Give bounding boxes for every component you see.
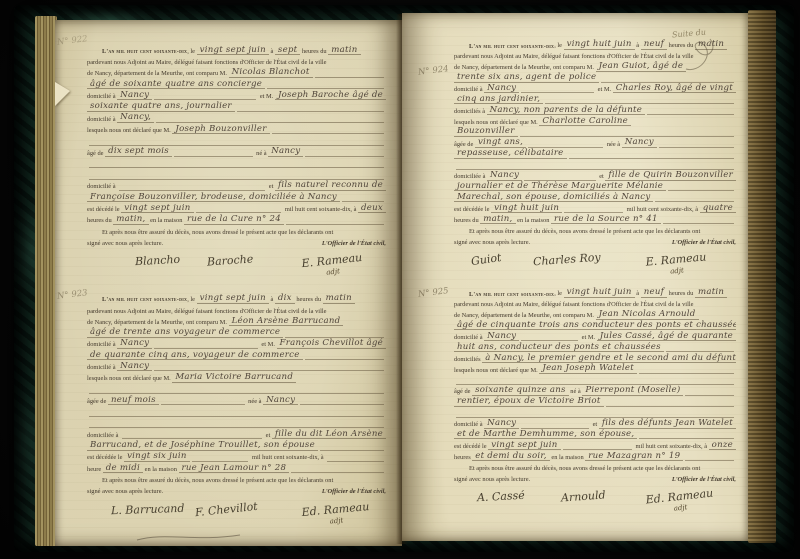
record-line: trente six ans, agent de police: [454, 72, 736, 83]
printed-text: Et après nous être assuré du décès, nous…: [469, 229, 700, 235]
printed-text: est décédé le: [454, 444, 488, 450]
record-line: [87, 157, 386, 168]
printed-text: âgée de: [454, 142, 475, 148]
ruled-blank: [192, 460, 249, 462]
record-line: journalier et de Thérèse Marguerite Méla…: [454, 181, 736, 192]
handwritten-entry: Nancy: [622, 138, 657, 148]
record-line: [454, 159, 736, 170]
printed-text: L'an mil huit cent soixante-dix: [469, 44, 554, 50]
signature-qualifier: adjt: [646, 500, 714, 515]
printed-text: pardevant nous Adjoint au Maire, délégué…: [454, 302, 693, 308]
record-line: signé avec nous après lecture.L'Officier…: [87, 236, 386, 247]
printed-text: en la maison: [516, 218, 552, 224]
printed-text: domicilié à: [454, 422, 484, 428]
record-line: domicilié à et fils naturel reconnu de: [87, 180, 386, 191]
handwritten-entry: de midi: [103, 464, 143, 474]
handwritten-entry: Nancy: [117, 339, 152, 349]
ruled-blank: [291, 471, 384, 473]
printed-text: en la maison: [149, 218, 185, 224]
handwritten-entry: cinq ans jardinier,: [454, 95, 543, 105]
printed-text: et M.: [580, 335, 597, 341]
handwritten-entry: Pierrepont (Moselle): [582, 386, 683, 396]
page-fold-mark: [55, 82, 70, 106]
printed-text: lesquels nous ont déclaré que M.: [454, 120, 539, 126]
ruled-blank: [659, 146, 734, 148]
record-line: [87, 405, 386, 416]
signature-qualifier: adjt: [646, 264, 707, 277]
printed-text: , le: [554, 291, 563, 297]
printed-text: mil huit cent soixante-dix, à: [250, 455, 325, 461]
record-line: lesquels nous ont déclaré que M. Maria V…: [87, 371, 386, 382]
record-line: âgé de cinquante trois ans conducteur de…: [454, 320, 736, 331]
ruled-blank: [89, 166, 384, 168]
printed-text: de Nancy, département de la Meurthe, ont…: [454, 313, 596, 319]
record-line: de Nancy, département de la Meurthe, ont…: [454, 61, 736, 72]
printed-text: heures du: [667, 291, 695, 297]
record-line: heure de midi en la maison rue Jean Lamo…: [87, 462, 386, 473]
handwritten-entry: Nancy: [117, 91, 152, 101]
record-line: de quarante cinq ans, voyageur de commer…: [87, 349, 386, 360]
handwritten-entry: Nicolas Blanchot: [229, 68, 313, 78]
handwritten-entry: Nancy: [487, 171, 522, 181]
handwritten-entry: et demi du soir,: [472, 452, 549, 462]
printed-text: et M.: [258, 94, 275, 100]
printed-text: et M.: [596, 87, 613, 93]
handwritten-entry: vingt ans,: [475, 138, 526, 148]
ruled-blank: [89, 144, 384, 146]
death-record-act: N° 924L'an mil huit cent soixante-dix, l…: [454, 39, 736, 279]
record-line: lesquels nous ont déclaré que M. Jean Jo…: [454, 363, 736, 374]
ruled-blank: [237, 110, 384, 112]
record-line: est décédée le vingt huit juin mil huit …: [454, 202, 736, 213]
record-line: repasseuse, célibataire: [454, 148, 736, 159]
handwritten-entry: Jules Cassé, âgé de quarante: [597, 332, 736, 342]
record-line: huit ans, conducteur des ponts et chauss…: [454, 341, 736, 352]
handwritten-entry: Nancy, non parents de la défunte: [487, 106, 645, 116]
printed-text: , le: [187, 49, 196, 55]
handwritten-entry: Jean Guiot, âgé de: [596, 62, 687, 72]
ruled-blank: [267, 87, 384, 89]
handwritten-entry: rentier, époux de Victoire Briot: [454, 397, 604, 407]
printed-text: domicilié à: [87, 117, 117, 123]
printed-text: heures du: [87, 218, 113, 224]
printed-text: est décédée le: [87, 455, 124, 461]
ink-flourish: [135, 530, 245, 544]
record-line: domicilié à Nancy et M. François Chevill…: [87, 338, 386, 349]
handwritten-entry: Maria Victoire Barrucand: [172, 373, 296, 383]
handwritten-entry: Nancy: [268, 147, 303, 157]
handwritten-entry: François Chevillot âgé: [277, 339, 386, 349]
handwritten-entry: matin: [695, 40, 727, 50]
ruled-blank: [305, 155, 384, 157]
signatures-row: A. CasséArnouldEd. Rameauadjt: [454, 483, 736, 516]
ruled-blank: [300, 403, 384, 405]
printed-text: Et après nous être assuré du décès, nous…: [102, 230, 333, 236]
printed-text: de Nancy, département de la Meurthe, ont…: [454, 65, 596, 71]
record-line: Et après nous être assuré du décès, nous…: [87, 225, 386, 236]
handwritten-entry: fils des défunts Jean Watelet: [599, 419, 736, 429]
record-line: domicilié à Nancy et M. Joseph Baroche â…: [87, 89, 386, 100]
handwritten-entry: Léon Arsène Barrucand: [229, 317, 344, 327]
handwritten-entry: soixante quatre ans, journalier: [87, 102, 235, 112]
handwritten-entry: sept: [275, 46, 300, 56]
printed-text: heure: [87, 467, 103, 473]
handwritten-entry: Jean Nicolas Arnould: [596, 310, 699, 320]
handwritten-entry: fille du dit Léon Arsène: [272, 430, 386, 440]
record-line: rentier, époux de Victoire Briot: [454, 396, 736, 407]
handwritten-entry: Nancy,: [117, 113, 154, 123]
record-line: soixante quatre ans, journalier: [87, 100, 386, 111]
printed-text: est décédé le: [87, 207, 121, 213]
handwritten-entry: à Nancy, le premier gendre et le second …: [482, 354, 736, 364]
printed-text: pardevant nous Adjoint au Maire, délégué…: [87, 309, 326, 315]
record-line: lesquels nous ont déclaré que M. Joseph …: [87, 123, 386, 134]
record-line: est décédée le vingt six juin mil huit c…: [87, 451, 386, 462]
printed-text: heures du: [300, 49, 328, 55]
record-line: et de Marthe Demhumme, son épouse,: [454, 429, 736, 440]
ruled-blank: [89, 392, 384, 394]
handwritten-entry: matin,: [480, 215, 515, 225]
record-line: L'an mil huit cent soixante-dix, le ving…: [87, 44, 386, 55]
handwritten-entry: onze: [709, 441, 736, 451]
page-content-left: N° 922L'an mil huit cent soixante-dix, l…: [87, 44, 386, 532]
ruled-blank: [122, 437, 262, 439]
signature: Ed. Rameauadjt: [645, 486, 715, 515]
record-line: [454, 374, 736, 385]
ruled-blank: [156, 121, 384, 123]
record-line: domiciliée à et fille du dit Léon Arsène: [87, 428, 386, 439]
handwritten-entry: quatre: [700, 204, 736, 214]
printed-text: heures: [454, 455, 472, 461]
ruled-blank: [89, 178, 384, 180]
printed-text: L'an mil huit cent soixante-dix: [469, 292, 554, 298]
ruled-blank: [305, 358, 384, 360]
record-line: domicilié à Nancy et M. Charles Roy, âgé…: [454, 83, 736, 94]
printed-text: L'an mil huit cent soixante-dix: [102, 49, 187, 55]
printed-text: et: [267, 184, 275, 190]
handwritten-entry: rue de la Source n° 41: [551, 215, 661, 225]
record-line: de Nancy, département de la Meurthe, ont…: [87, 315, 386, 326]
printed-text: domicilié à: [87, 342, 117, 348]
signature: Baroche: [206, 253, 253, 269]
record-line: domiciliée à Nancy et fille de Quirin Bo…: [454, 170, 736, 181]
printed-text: , le: [187, 297, 196, 303]
signature: Charles Roy: [533, 251, 601, 269]
handwritten-entry: neuf: [641, 288, 667, 298]
record-line: Barrucand, et de Joséphine Trouillet, so…: [87, 439, 386, 450]
ruled-blank: [119, 189, 265, 191]
record-line: de Nancy, département de la Meurthe, ont…: [87, 67, 386, 78]
handwritten-entry: neuf: [641, 40, 667, 50]
record-line: [87, 134, 386, 145]
printed-text: domicilié à: [87, 184, 117, 190]
handwritten-entry: vingt sept juin: [121, 204, 193, 214]
ruled-blank: [685, 459, 734, 461]
printed-text: Et après nous être assuré du décès, nous…: [102, 478, 333, 484]
printed-text: lesquels nous ont déclaré que M.: [87, 128, 172, 134]
record-line: signé avec nous après lecture.L'Officier…: [87, 484, 386, 495]
record-line: Bouzonviller: [454, 126, 736, 137]
printed-text: en la maison: [143, 467, 179, 473]
ruled-blank: [161, 403, 245, 405]
ruled-blank: [606, 405, 734, 407]
handwritten-entry: deux: [358, 204, 386, 214]
handwritten-entry: vingt huit juin: [491, 204, 562, 214]
ruled-blank: [89, 415, 384, 417]
printed-text: lesquels nous ont déclaré que M.: [454, 368, 539, 374]
printed-text: Et après nous être assuré du décès, nous…: [469, 466, 700, 472]
handwritten-entry: âgé de soixante quatre ans concierge: [87, 80, 265, 90]
ruled-blank: [196, 211, 282, 213]
printed-text: née à: [247, 399, 264, 405]
ruled-blank: [668, 189, 734, 191]
handwritten-entry: Joseph Bouzonviller: [172, 125, 269, 135]
ruled-blank: [272, 132, 384, 134]
handwritten-entry: huit ans, conducteur des ponts et chauss…: [454, 343, 664, 353]
printed-text: domiciliée à: [87, 433, 120, 439]
signatures-row: GuiotCharles RoyE. Rameauadjt: [454, 246, 736, 279]
signature: Blancho: [135, 253, 181, 268]
handwritten-entry: Nancy: [484, 84, 519, 94]
record-line: âgée de neuf mois née à Nancy: [87, 394, 386, 405]
signature: E. Rameauadjt: [301, 251, 364, 279]
record-line: cinq ans jardinier,: [454, 93, 736, 104]
record-line: domicilié à Nancy,: [87, 112, 386, 123]
page-edges-right: [748, 10, 776, 543]
handwritten-entry: dix sept mois: [105, 147, 172, 157]
printed-text: lesquels nous ont déclaré que M.: [87, 376, 172, 382]
record-line: heures du matin, en la maison rue de la …: [454, 213, 736, 224]
ruled-blank: [89, 426, 384, 428]
record-line: domiciliés à Nancy, non parents de la dé…: [454, 104, 736, 115]
printed-text: domicilié à: [454, 335, 484, 341]
handwritten-entry: fils naturel reconnu de: [275, 181, 386, 191]
record-line: L'an mil huit cent soixante-dix, le ving…: [454, 287, 736, 298]
signature: Guiot: [470, 251, 502, 268]
handwritten-entry: fille de Quirin Bouzonviller: [605, 171, 736, 181]
handwritten-entry: Joseph Baroche âgé de: [275, 91, 386, 101]
handwritten-entry: neuf mois: [108, 396, 159, 406]
signature: E. Rameauadjt: [645, 250, 707, 277]
signature: L. Barrucand: [111, 501, 185, 517]
handwritten-entry: journalier et de Thérèse Marguerite Méla…: [454, 182, 666, 192]
death-record-act: N° 923L'an mil huit cent soixante-dix, l…: [87, 292, 386, 531]
ruled-blank: [685, 394, 734, 396]
record-line: domiciliés à Nancy, le premier gendre et…: [454, 352, 736, 363]
printed-text: heures du: [295, 297, 323, 303]
printed-text: né à: [569, 389, 583, 395]
signatures-row: L. BarrucandF. ChevillotEd. Rameauadjt: [87, 496, 386, 532]
printed-text: mil huit cent soixante-dix, à: [625, 207, 700, 213]
record-line: de Nancy, département de la Meurthe, ont…: [454, 309, 736, 320]
handwritten-entry: rue Jean Lamour n° 28: [179, 464, 290, 474]
handwritten-entry: Charles Roy, âgé de vingt: [613, 84, 736, 94]
ruled-blank: [563, 448, 632, 450]
record-line: pardevant nous Adjoint au Maire, délégué…: [87, 304, 386, 315]
printed-text: mil huit cent soixante-dix, à: [283, 207, 358, 213]
handwritten-entry: vingt huit juin: [564, 40, 635, 50]
record-line: lesquels nous ont déclaré que M. Charlot…: [454, 115, 736, 126]
printed-text: en la maison: [550, 455, 586, 461]
handwritten-entry: vingt sept juin: [197, 46, 269, 56]
signature: A. Cassé: [476, 489, 524, 504]
printed-text: domicilié à: [454, 87, 484, 93]
ruled-blank: [342, 200, 384, 202]
handwritten-entry: Nancy: [117, 362, 152, 372]
record-line: heures et demi du soir, en la maison rue…: [454, 450, 736, 461]
ruled-blank: [286, 223, 384, 225]
archive-scan-scene: N° 922L'an mil huit cent soixante-dix, l…: [0, 0, 800, 559]
ruled-blank: [154, 98, 256, 100]
printed-text: domicilié à: [87, 94, 117, 100]
handwritten-entry: Marechal, son épouse, domiciliés à Nancy: [454, 193, 653, 203]
printed-text: mil huit cent soixante-dix, à: [634, 444, 709, 450]
signature: Ed. Rameauadjt: [301, 500, 370, 528]
death-record-act: N° 922L'an mil huit cent soixante-dix, l…: [87, 44, 386, 283]
printed-text: L'an mil huit cent soixante-dix: [102, 297, 187, 303]
handwritten-entry: matin: [328, 46, 360, 56]
printed-text: domiciliés à: [454, 109, 487, 115]
record-line: âgé de soixante quinze ans né à Pierrepo…: [454, 385, 736, 396]
printed-text: né à: [255, 151, 269, 157]
handwritten-entry: vingt six juin: [124, 452, 190, 462]
printed-text: domicilié à: [87, 365, 117, 371]
handwritten-entry: dix: [275, 294, 295, 304]
record-line: heures du matin, en la maison rue de la …: [87, 213, 386, 224]
ruled-blank: [327, 460, 384, 462]
handwritten-entry: vingt sept juin: [488, 441, 560, 451]
handwritten-entry: âgé de cinquante trois ans conducteur de…: [454, 321, 736, 331]
handwritten-entry: Nancy: [484, 419, 519, 429]
handwritten-entry: vingt sept juin: [197, 294, 269, 304]
printed-text: pardevant nous Adjoint au Maire, délégué…: [87, 60, 326, 66]
corner-annotation: Suite du: [672, 28, 707, 40]
signatures-row: BlanchoBarocheE. Rameauadjt: [87, 247, 386, 283]
handwritten-entry: rue Mazagran n° 19: [585, 452, 683, 462]
signature-qualifier: adjt: [303, 514, 371, 528]
ruled-blank: [663, 222, 734, 224]
record-line: Et après nous être assuré du décès, nous…: [454, 461, 736, 472]
register-page-right: Suite du N° 924L'an mil huit cent soixan…: [402, 13, 748, 541]
record-line: signé avec nous après lecture.L'Officier…: [454, 235, 736, 246]
printed-text: , le: [554, 43, 563, 49]
page-edges-left: [35, 16, 57, 546]
register-page-left: N° 922L'an mil huit cent soixante-dix, l…: [55, 20, 402, 546]
handwritten-entry: Charlotte Caroline: [539, 117, 631, 127]
handwritten-entry: Françoise Bouzonviller, brodeuse, domici…: [87, 193, 340, 203]
printed-text: pardevant nous Adjoint au Maire, délégué…: [454, 54, 693, 60]
record-line: [87, 417, 386, 428]
handwritten-entry: soixante quinze ans: [472, 386, 569, 396]
printed-text: domiciliés: [454, 357, 482, 363]
handwritten-entry: matin,: [113, 215, 148, 225]
printed-text: et M.: [260, 342, 277, 348]
handwritten-entry: de quarante cinq ans, voyageur de commer…: [87, 351, 303, 361]
handwritten-entry: et de Marthe Demhumme, son épouse,: [454, 430, 637, 440]
signature: F. Chevillot: [194, 499, 258, 518]
record-line: âgé de trente ans voyageur de commerce: [87, 326, 386, 337]
printed-text: âgé de: [87, 151, 105, 157]
printed-text: et: [264, 433, 272, 439]
record-line: domicilié à Nancy: [87, 360, 386, 371]
handwritten-entry: Bouzonviller: [454, 127, 518, 137]
record-line: pardevant nous Adjoint au Maire, délégué…: [87, 55, 386, 66]
record-line: âgée de vingt ans, née à Nancy: [454, 137, 736, 148]
printed-text: heures du: [667, 43, 695, 49]
record-line: [87, 383, 386, 394]
ruled-blank: [569, 157, 734, 159]
record-line: est décédé le vingt sept juin mil huit c…: [87, 202, 386, 213]
printed-text: et: [598, 174, 606, 180]
ruled-blank: [320, 449, 384, 451]
record-line: pardevant nous Adjoint au Maire, délégué…: [454, 50, 736, 61]
record-line: pardevant nous Adjoint au Maire, délégué…: [454, 298, 736, 309]
ruled-blank: [564, 211, 623, 213]
printed-text: heures du: [454, 218, 480, 224]
death-record-act: N° 925L'an mil huit cent soixante-dix, l…: [454, 287, 736, 516]
record-line: signé avec nous après lecture.L'Officier…: [454, 472, 736, 483]
ruled-blank: [315, 76, 384, 78]
record-line: [87, 168, 386, 179]
ruled-blank: [174, 155, 253, 157]
printed-text: née à: [605, 142, 622, 148]
signature-qualifier: adjt: [303, 265, 364, 279]
printed-text: est décédée le: [454, 207, 491, 213]
record-line: Et après nous être assuré du décès, nous…: [454, 224, 736, 235]
handwritten-entry: vingt huit juin: [564, 288, 635, 298]
handwritten-entry: Nancy: [484, 332, 519, 342]
record-line: Marechal, son épouse, domiciliés à Nancy: [454, 191, 736, 202]
record-line: domicilié à Nancy et M. Jules Cassé, âgé…: [454, 330, 736, 341]
record-line: L'an mil huit cent soixante-dix, le ving…: [454, 39, 736, 50]
ruled-blank: [639, 372, 734, 374]
signature: Arnould: [561, 488, 606, 504]
record-line: Et après nous être assuré du décès, nous…: [87, 473, 386, 484]
handwritten-entry: matin: [695, 288, 727, 298]
record-line: domicilié à Nancy et fils des défunts Je…: [454, 418, 736, 429]
page-content-right: N° 924L'an mil huit cent soixante-dix, l…: [454, 39, 736, 516]
record-line: Françoise Bouzonviller, brodeuse, domici…: [87, 191, 386, 202]
handwritten-entry: repasseuse, célibataire: [454, 149, 567, 159]
handwritten-entry: Nancy: [263, 396, 298, 406]
printed-text: de Nancy, département de la Meurthe, ont…: [87, 320, 229, 326]
handwritten-entry: rue de la Cure n° 24: [184, 215, 284, 225]
handwritten-entry: trente six ans, agent de police: [454, 73, 599, 83]
record-line: [454, 407, 736, 418]
ruled-blank: [154, 347, 258, 349]
printed-text: de Nancy, département de la Meurthe, ont…: [87, 71, 229, 77]
record-line: âgé de dix sept mois né à Nancy: [87, 146, 386, 157]
printed-text: âgé de: [454, 389, 472, 395]
ruled-blank: [647, 113, 734, 115]
handwritten-entry: Barrucand, et de Joséphine Trouillet, so…: [87, 441, 318, 451]
ruled-blank: [666, 350, 734, 352]
printed-text: âgée de: [87, 399, 108, 405]
record-line: L'an mil huit cent soixante-dix, le ving…: [87, 292, 386, 303]
printed-text: domiciliée à: [454, 174, 487, 180]
handwritten-entry: âgé de trente ans voyageur de commerce: [87, 328, 283, 338]
handwritten-entry: matin: [323, 294, 355, 304]
handwritten-entry: Jean Joseph Watelet: [539, 364, 637, 374]
printed-text: et: [591, 422, 599, 428]
record-line: âgé de soixante quatre ans concierge: [87, 78, 386, 89]
ruled-blank: [154, 369, 384, 371]
record-line: est décédé le vingt sept juin mil huit c…: [454, 439, 736, 450]
